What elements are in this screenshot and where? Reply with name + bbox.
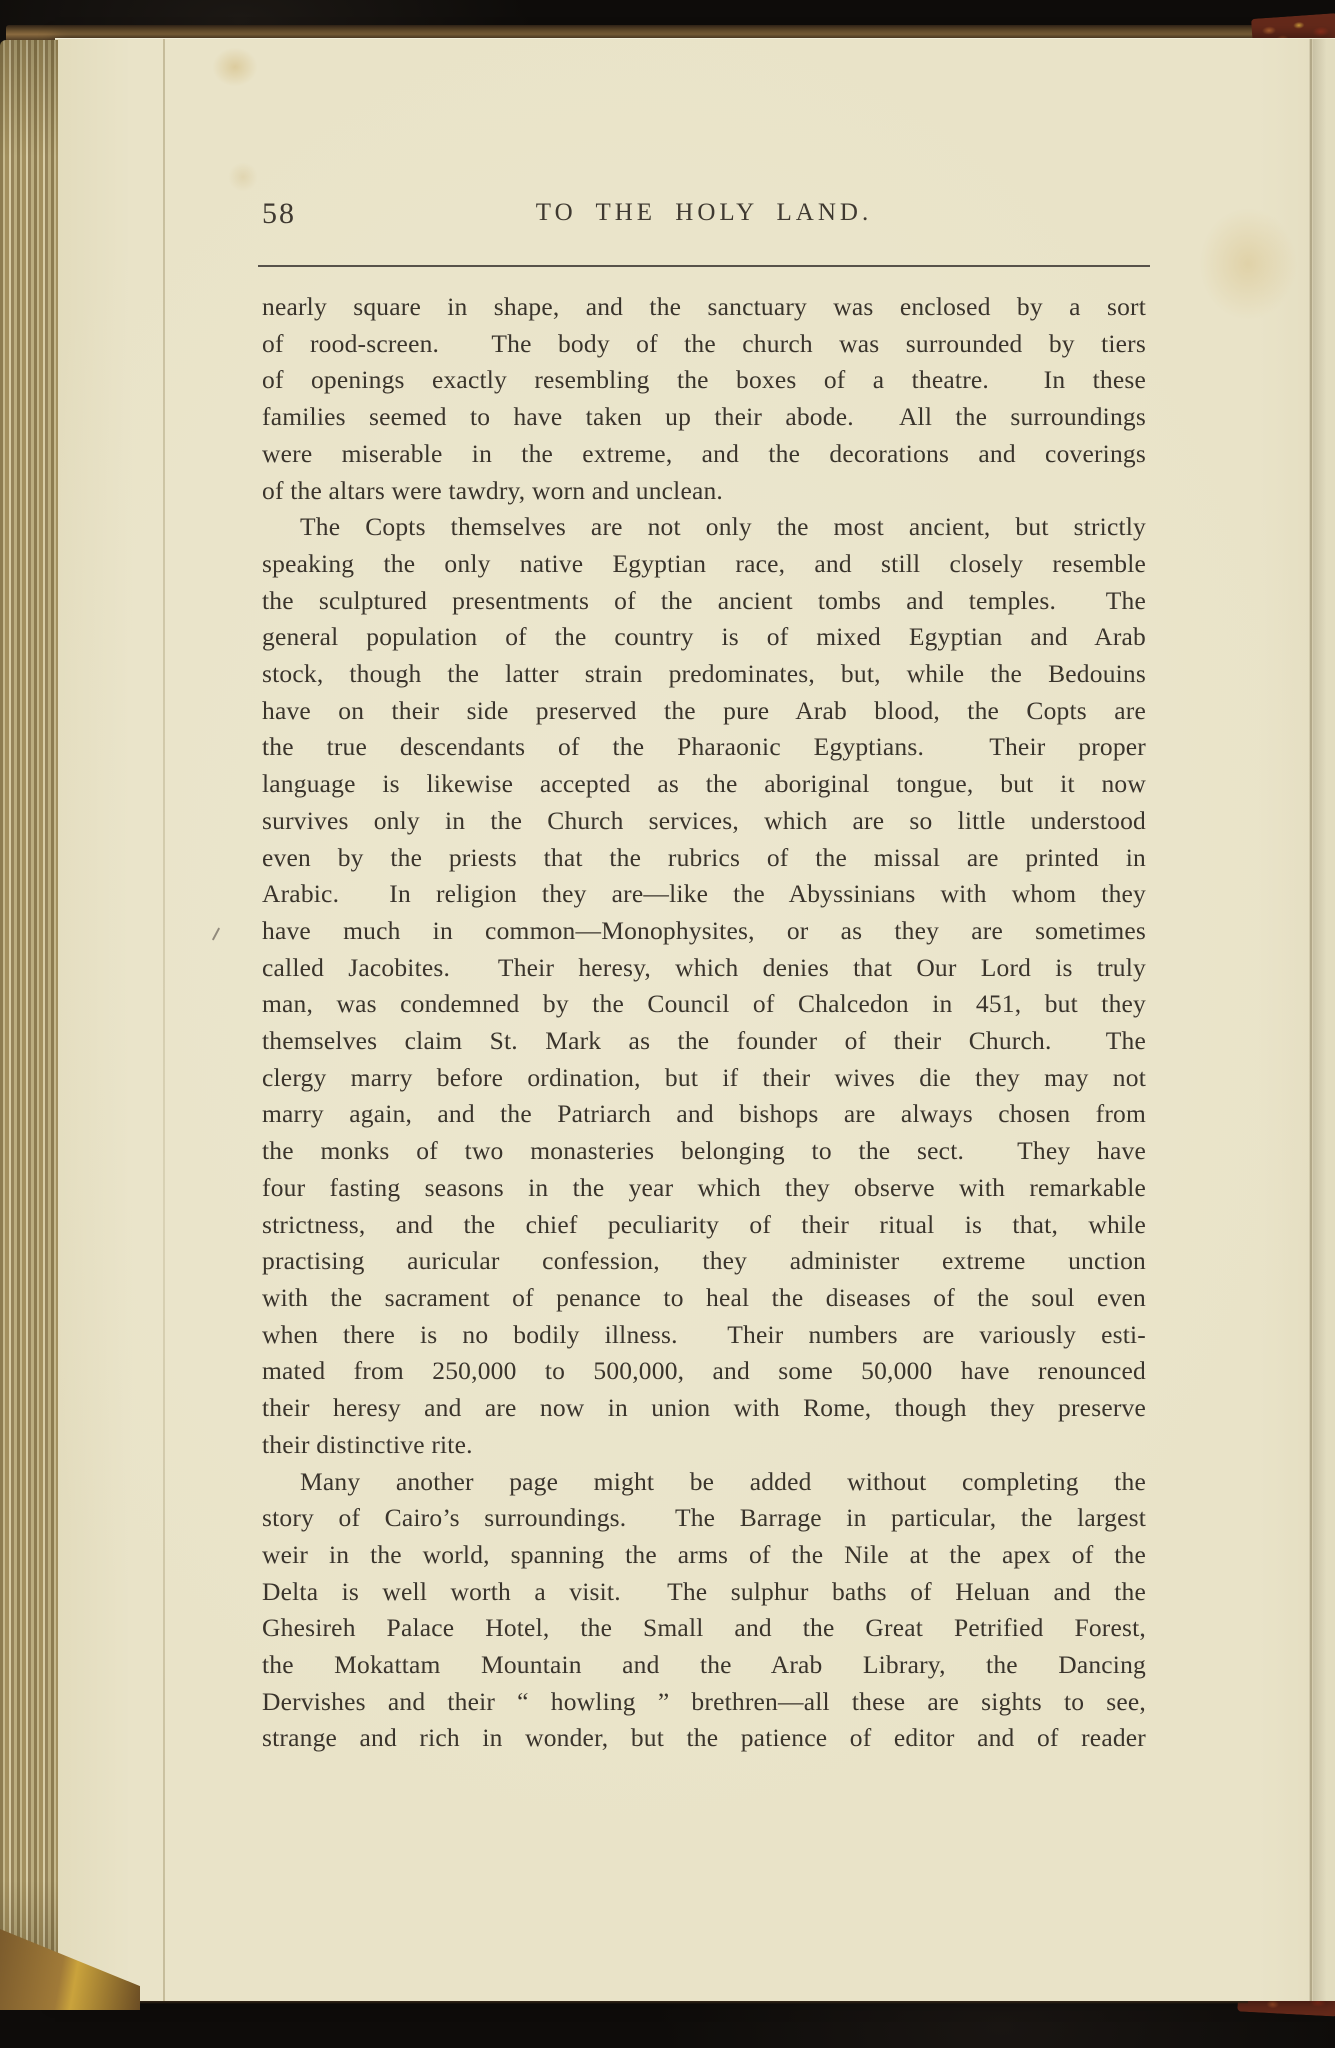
text-line: of the altars were tawdry, worn and uncl… — [262, 473, 1146, 510]
text-line: the true descendants of the Pharaonic Eg… — [262, 729, 1146, 766]
text-line: themselves claim St. Mark as the founder… — [262, 1023, 1146, 1060]
text-line: called Jacobites. Their heresy, which de… — [262, 950, 1146, 987]
text-line: strictness, and the chief peculiarity of… — [262, 1207, 1146, 1244]
margin-mark — [212, 927, 220, 940]
text-line: stock, though the latter strain predomin… — [262, 656, 1146, 693]
text-line: when there is no bodily illness. Their n… — [262, 1317, 1146, 1354]
paper-stain — [1183, 189, 1313, 339]
body-text: nearly square in shape, and the sanctuar… — [262, 289, 1146, 1757]
text-line: four fasting seasons in the year which t… — [262, 1170, 1146, 1207]
text-line: Many another page might be added without… — [262, 1464, 1146, 1501]
text-line: have much in common—Monophysites, or as … — [262, 913, 1146, 950]
text-line: Dervishes and their “ howling ” brethren… — [262, 1684, 1146, 1721]
text-line: weir in the world, spanning the arms of … — [262, 1537, 1146, 1574]
page-number: 58 — [262, 197, 296, 231]
text-line: even by the priests that the rubrics of … — [262, 840, 1146, 877]
text-line: strange and rich in wonder, but the pati… — [262, 1720, 1146, 1757]
text-line: nearly square in shape, and the sanctuar… — [262, 289, 1146, 326]
text-line: clergy marry before ordination, but if t… — [262, 1060, 1146, 1097]
text-line: Ghesireh Palace Hotel, the Small and the… — [262, 1610, 1146, 1647]
text-line: the monks of two monasteries belonging t… — [262, 1133, 1146, 1170]
page-header: 58 TO THE HOLY LAND. — [262, 197, 1146, 237]
facing-page-sliver — [1313, 39, 1335, 2001]
text-line: general population of the country is of … — [262, 619, 1146, 656]
text-line: language is likewise accepted as the abo… — [262, 766, 1146, 803]
text-line: speaking the only native Egyptian race, … — [262, 546, 1146, 583]
text-line: Delta is well worth a visit. The sulphur… — [262, 1574, 1146, 1611]
paper-stain — [205, 41, 265, 93]
text-line: with the sacrament of penance to heal th… — [262, 1280, 1146, 1317]
text-line: of rood-screen. The body of the church w… — [262, 326, 1146, 363]
text-line: practising auricular confession, they ad… — [262, 1243, 1146, 1280]
page-edges-stack — [0, 40, 58, 1998]
paragraph: nearly square in shape, and the sanctuar… — [262, 289, 1146, 509]
header-rule — [258, 265, 1150, 267]
text-line: have on their side preserved the pure Ar… — [262, 693, 1146, 730]
text-line: their heresy and are now in union with R… — [262, 1390, 1146, 1427]
text-line: of openings exactly resembling the boxes… — [262, 362, 1146, 399]
book-page: 58 TO THE HOLY LAND. nearly square in sh… — [55, 38, 1335, 2001]
text-line: the sculptured presentments of the ancie… — [262, 583, 1146, 620]
running-title: TO THE HOLY LAND. — [536, 199, 872, 227]
text-line: man, was condemned by the Council of Cha… — [262, 986, 1146, 1023]
paragraph: Many another page might be added without… — [262, 1464, 1146, 1758]
gutter-crease — [1309, 39, 1313, 2001]
paper-stain — [223, 157, 263, 197]
text-line: The Copts themselves are not only the mo… — [262, 509, 1146, 546]
paragraph: The Copts themselves are not only the mo… — [262, 509, 1146, 1463]
text-line: Arabic. In religion they are—like the Ab… — [262, 876, 1146, 913]
text-line: families seemed to have taken up their a… — [262, 399, 1146, 436]
text-line: mated from 250,000 to 500,000, and some … — [262, 1353, 1146, 1390]
text-line: survives only in the Church services, wh… — [262, 803, 1146, 840]
underlying-page-edge — [163, 39, 165, 2001]
text-line: their distinctive rite. — [262, 1427, 1146, 1464]
text-line: story of Cairo’s surroundings. The Barra… — [262, 1500, 1146, 1537]
text-line: the Mokattam Mountain and the Arab Libra… — [262, 1647, 1146, 1684]
text-line: marry again, and the Patriarch and bisho… — [262, 1096, 1146, 1133]
book-scan-scene: 58 TO THE HOLY LAND. nearly square in sh… — [0, 0, 1335, 2048]
text-line: were miserable in the extreme, and the d… — [262, 436, 1146, 473]
